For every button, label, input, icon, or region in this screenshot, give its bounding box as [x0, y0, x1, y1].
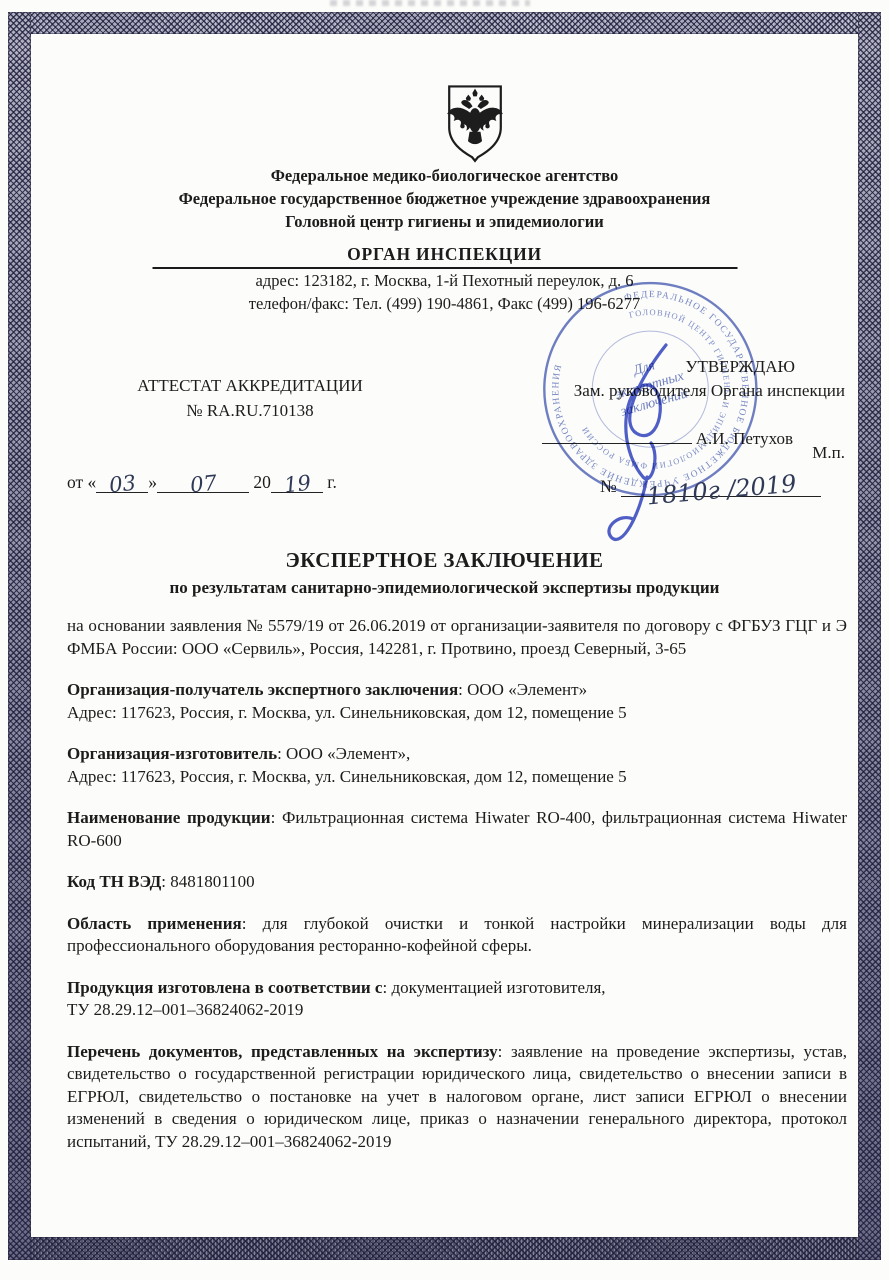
header-center-name: Головной центр гигиены и эпидемиологии — [40, 212, 849, 232]
tnved-label: Код ТН ВЭД — [67, 872, 161, 891]
manufacturer-section: Организация-изготовитель: ООО «Элемент»,… — [67, 743, 847, 788]
tnved-section: Код ТН ВЭД: 8481801100 — [67, 871, 847, 894]
date-century: 20 — [253, 472, 271, 492]
decorative-border-bottom — [8, 1237, 881, 1260]
recipient-value: : ООО «Элемент» — [458, 680, 587, 699]
product-label: Наименование продукции — [67, 808, 271, 827]
accreditation-title: АТТЕСТАТ АККРЕДИТАЦИИ — [100, 373, 400, 398]
number-slot: 1810г /2019 — [621, 470, 821, 497]
manufacturer-address: Адрес: 117623, Россия, г. Москва, ул. Си… — [67, 766, 847, 789]
basis-paragraph: на основании заявления № 5579/19 от 26.0… — [67, 615, 847, 660]
tnved-value: : 8481801100 — [161, 872, 254, 891]
decorative-border-right — [858, 12, 881, 1260]
date-month-slot: 07 — [157, 470, 249, 493]
cut-off-text-top — [330, 0, 530, 6]
compliance-line2: ТУ 28.29.12–001–36824062-2019 — [67, 999, 847, 1022]
manufacturer-value: : ООО «Элемент», — [277, 744, 410, 763]
document-body: на основании заявления № 5579/19 от 26.0… — [67, 615, 847, 1172]
date-day-value: 03 — [108, 471, 137, 498]
accreditation-number: № RA.RU.710138 — [100, 398, 400, 423]
scope-section: Область применения: для глубокой очистки… — [67, 913, 847, 958]
certificate-page: Федеральное медико-биологическое агентст… — [0, 0, 889, 1280]
inspection-body-title: ОРГАН ИНСПЕКЦИИ — [152, 244, 737, 269]
date-prefix: от « — [67, 472, 96, 492]
scope-label: Область применения — [67, 914, 242, 933]
recipient-address: Адрес: 117623, Россия, г. Москва, ул. Си… — [67, 702, 847, 725]
compliance-value: : документацией изготовителя, — [382, 978, 605, 997]
handwritten-signature — [548, 305, 728, 570]
number-line: № 1810г /2019 — [600, 470, 850, 497]
header-agency: Федеральное медико-биологическое агентст… — [40, 166, 849, 186]
documents-section: Перечень документов, представленных на э… — [67, 1041, 847, 1154]
document-subtitle: по результатам санитарно-эпидемиологичес… — [0, 578, 889, 598]
recipient-label: Организация-получатель экспертного заклю… — [67, 680, 458, 699]
seal-mark: М.п. — [812, 443, 845, 463]
coat-of-arms-icon — [30, 82, 889, 171]
recipient-line: Организация-получатель экспертного заклю… — [67, 679, 847, 702]
number-sign: № — [600, 476, 617, 496]
decorative-border-top — [8, 12, 881, 34]
date-year-value: 19 — [283, 471, 312, 498]
decorative-border-left — [8, 12, 31, 1260]
documents-label: Перечень документов, представленных на э… — [67, 1042, 498, 1061]
product-section: Наименование продукции: Фильтрационная с… — [67, 807, 847, 852]
date-quote-close: » — [148, 472, 157, 492]
header-institution: Федеральное государственное бюджетное уч… — [40, 189, 849, 209]
date-year-slot: 19 — [271, 470, 323, 493]
manufacturer-label: Организация-изготовитель — [67, 744, 277, 763]
accreditation-block: АТТЕСТАТ АККРЕДИТАЦИИ № RA.RU.710138 — [100, 373, 400, 423]
document-title: ЭКСПЕРТНОЕ ЗАКЛЮЧЕНИЕ — [0, 548, 889, 573]
date-day-slot: 03 — [96, 470, 148, 493]
date-line: от «03»07 2019 г. — [67, 470, 337, 493]
recipient-section: Организация-получатель экспертного заклю… — [67, 679, 847, 724]
compliance-label: Продукция изготовлена в соответствии с — [67, 978, 382, 997]
manufacturer-line: Организация-изготовитель: ООО «Элемент», — [67, 743, 847, 766]
compliance-section: Продукция изготовлена в соответствии с: … — [67, 977, 847, 1022]
date-month-value: 07 — [189, 471, 218, 498]
compliance-line: Продукция изготовлена в соответствии с: … — [67, 977, 847, 1000]
date-suffix: г. — [327, 472, 337, 492]
